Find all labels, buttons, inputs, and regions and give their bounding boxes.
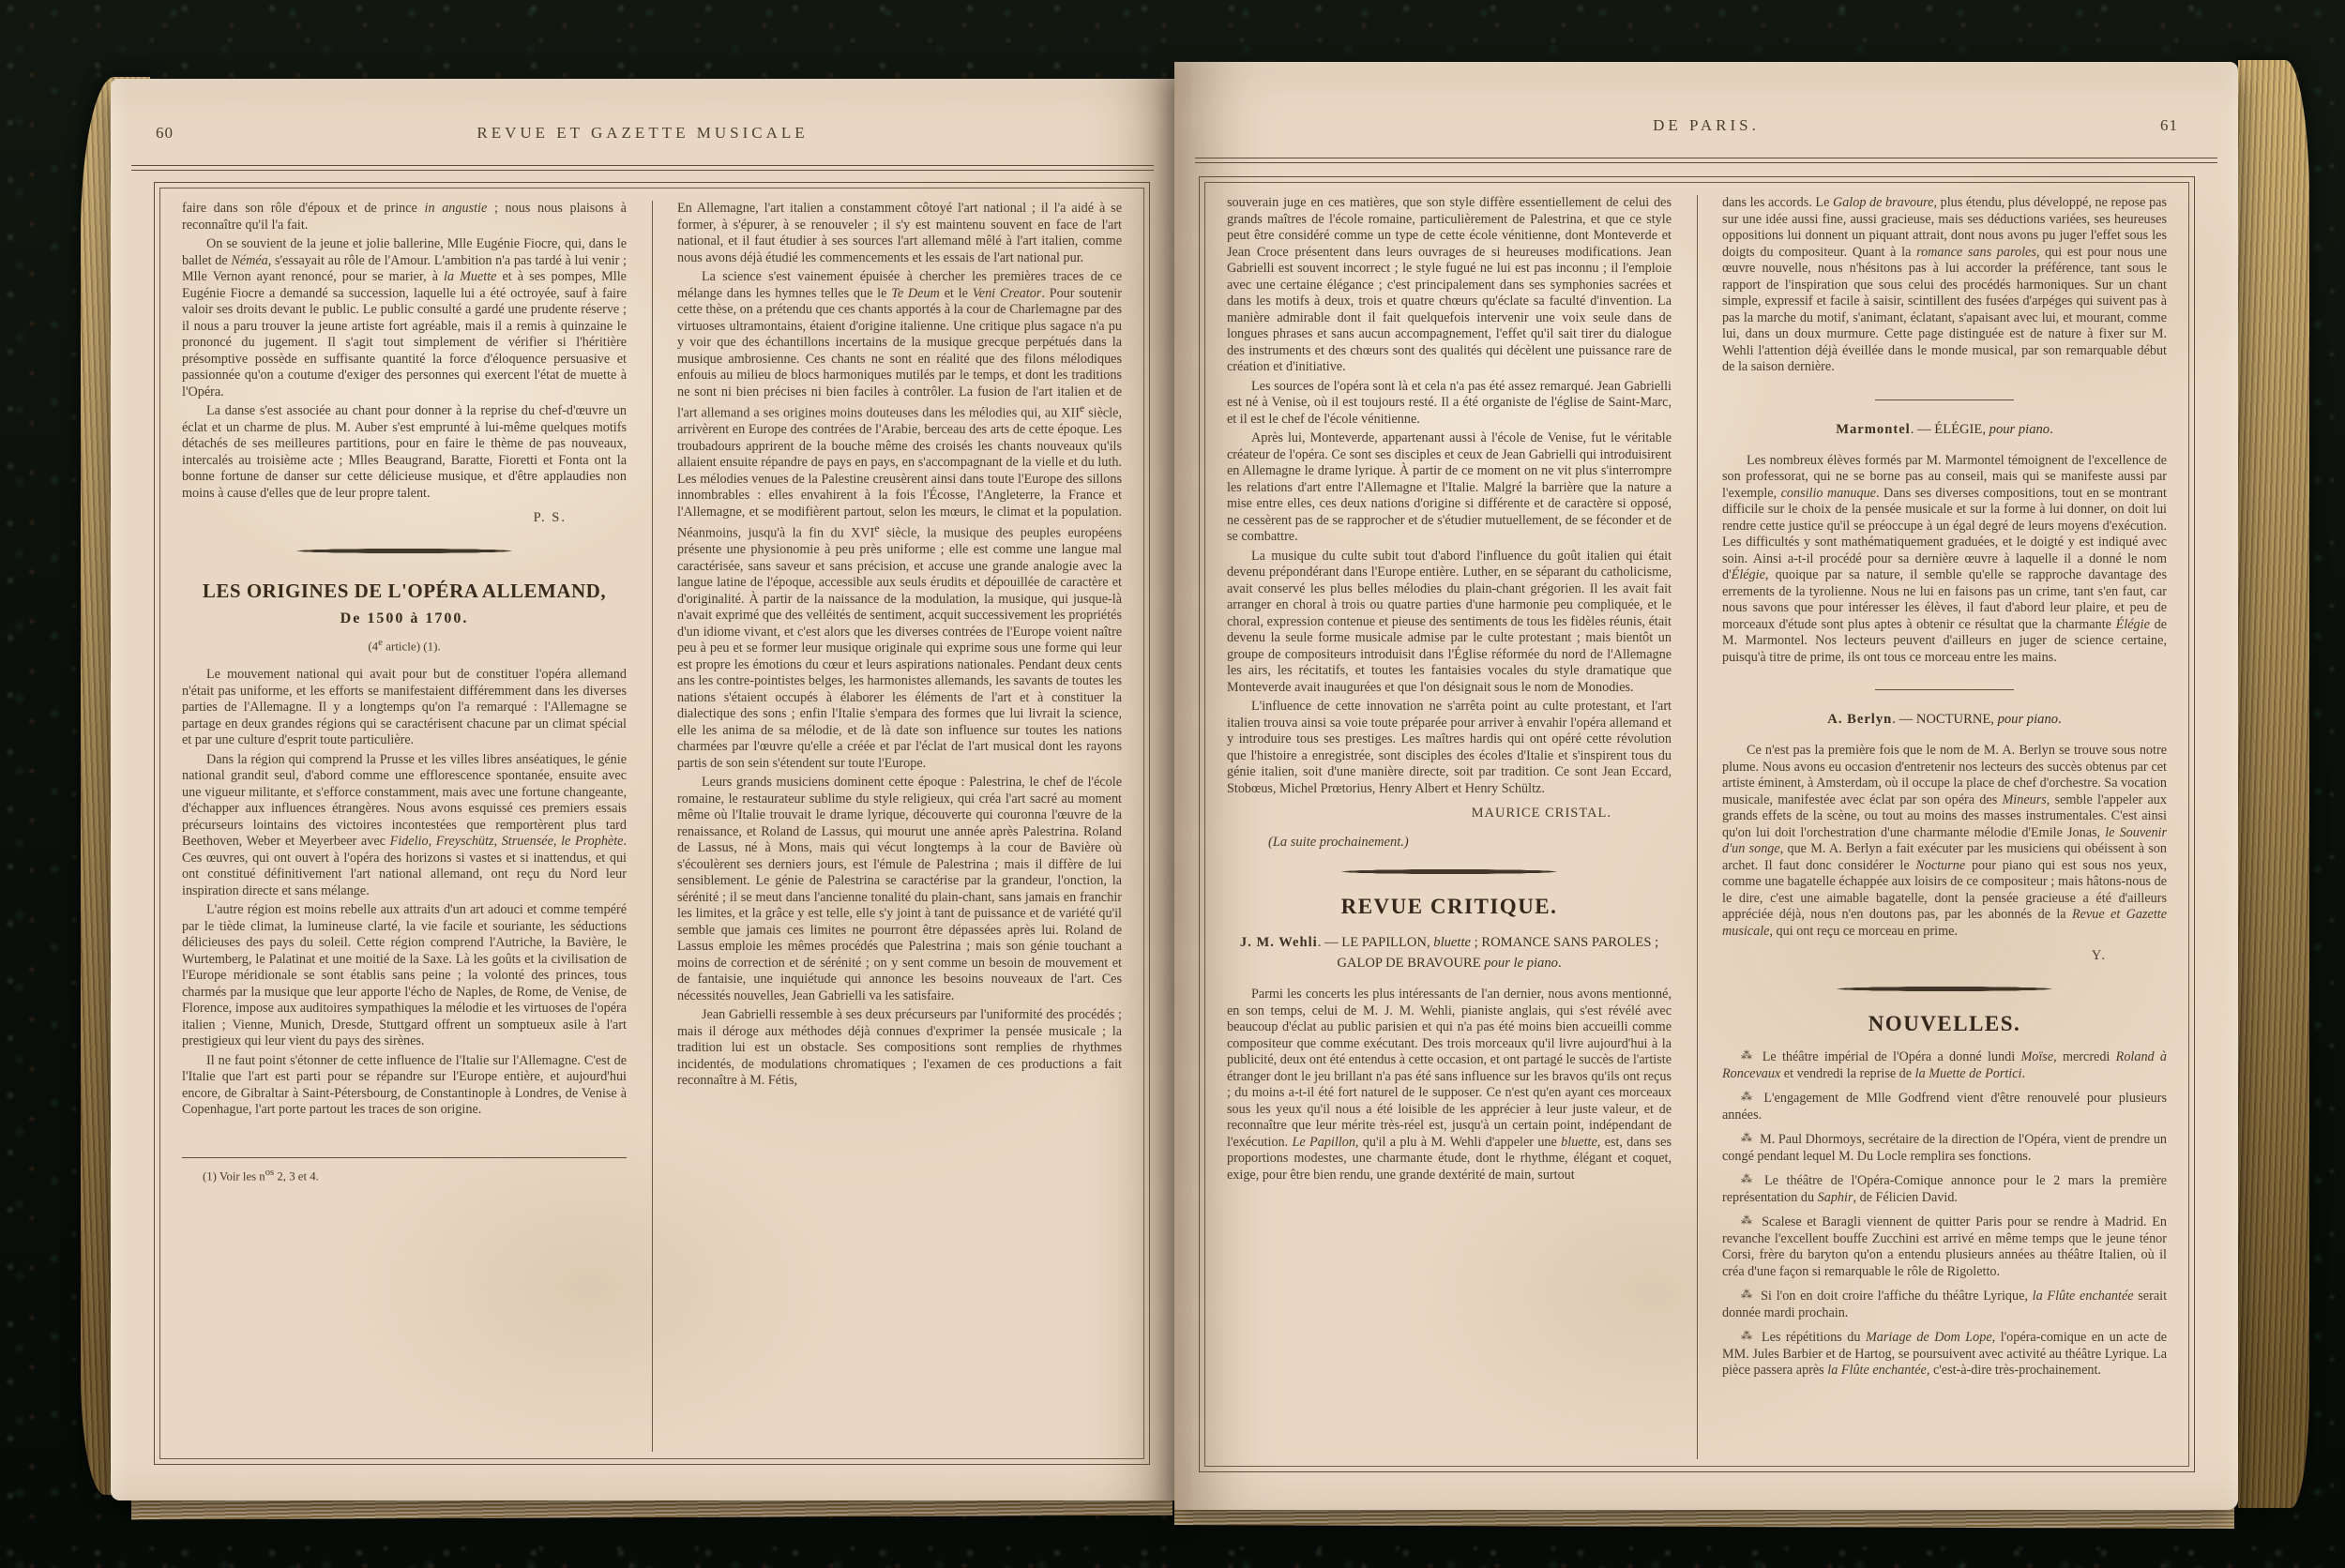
paragraph: L'influence de cette innovation ne s'arr… (1227, 699, 1672, 797)
header-rule (131, 165, 1154, 171)
news-item: ⁂L'engagement de Mlle Godfrend vient d'ê… (1722, 1091, 2167, 1123)
news-item: ⁂Les répétitions du Mariage de Dom Lope,… (1722, 1330, 2167, 1380)
article-title: LES ORIGINES DE L'OPÉRA ALLEMAND, (182, 580, 627, 603)
signature: Y. (1722, 948, 2107, 964)
right-page-column-1: souverain juge en ces matières, que son … (1227, 195, 1672, 1459)
section-title-nouvelles: NOUVELLES. (1722, 1012, 2167, 1036)
gilt-page-edges-right (2238, 60, 2309, 1508)
paragraph: Le mouvement national qui avait pour but… (182, 667, 627, 749)
paragraph: La musique du culte subit tout d'abord l… (1227, 549, 1672, 697)
news-text: Le théâtre impérial de l'Opéra a donné l… (1722, 1049, 2167, 1081)
signature: MAURICE CRISTAL. (1227, 806, 1611, 822)
news-text: Si l'on en doit croire l'affiche du théâ… (1722, 1289, 2167, 1320)
article-subtitle: De 1500 à 1700. (182, 611, 627, 627)
column-divider (652, 201, 653, 1452)
paragraph: Après lui, Monteverde, appartenant aussi… (1227, 430, 1672, 546)
paragraph: En Allemagne, l'art italien a constammen… (677, 201, 1122, 266)
paragraph: Ce n'est pas la première fois que le nom… (1722, 743, 2167, 940)
news-item: ⁂Le théâtre de l'Opéra-Comique annonce p… (1722, 1173, 2167, 1206)
asterism-icon: ⁂ (1741, 1090, 1757, 1103)
asterism-icon: ⁂ (1741, 1131, 1753, 1144)
running-title-left: REVUE ET GAZETTE MUSICALE (111, 124, 1174, 143)
footnote: (1) Voir les nos 2, 3 et 4. (182, 1157, 627, 1184)
news-text: L'engagement de Mlle Godfrend vient d'êt… (1722, 1091, 2167, 1123)
paragraph: On se souvient de la jeune et jolie ball… (182, 236, 627, 400)
asterism-icon: ⁂ (1741, 1214, 1755, 1227)
article-note: (4e article) (1). (182, 637, 627, 654)
section-divider (1875, 689, 2014, 690)
paragraph: La danse s'est associée au chant pour do… (182, 403, 627, 502)
left-page-column-2: En Allemagne, l'art italien a constammen… (677, 201, 1122, 1452)
review-heading-marmontel: Marmontel. — ÉLÉGIE, pour piano. (1732, 419, 2157, 440)
section-divider (1836, 987, 2053, 991)
review-heading-berlyn: A. Berlyn. — NOCTURNE, pour piano. (1732, 709, 2157, 730)
continuation-note: (La suite prochainement.) (1268, 835, 1672, 851)
signature: P. S. (182, 510, 567, 526)
right-page-column-2: dans les accords. Le Galop de bravoure, … (1722, 195, 2167, 1459)
right-page: 61 DE PARIS. souverain juge en ces matiè… (1174, 62, 2238, 1510)
section-divider (1340, 869, 1558, 874)
section-divider (295, 549, 513, 553)
paragraph: Les sources de l'opéra sont là et cela n… (1227, 379, 1672, 429)
news-item: ⁂Si l'on en doit croire l'affiche du thé… (1722, 1289, 2167, 1321)
news-text: Les répétitions du Mariage de Dom Lope, … (1722, 1330, 2167, 1378)
paragraph: Leurs grands musiciens dominent cette ép… (677, 775, 1122, 1004)
left-page: 60 REVUE ET GAZETTE MUSICALE faire dans … (111, 79, 1174, 1500)
header-rule (1195, 158, 2217, 163)
footnote-rule (182, 1157, 627, 1158)
review-heading: J. M. Wehli. — LE PAPILLON, bluette ; RO… (1236, 932, 1662, 973)
footnote-text: (1) Voir les nos 2, 3 et 4. (182, 1168, 627, 1184)
section-title-revue-critique: REVUE CRITIQUE. (1227, 895, 1672, 919)
paragraph: Parmi les concerts les plus intéressants… (1227, 987, 1672, 1184)
paragraph: L'autre région est moins rebelle aux att… (182, 902, 627, 1050)
book-spread-photo: 60 REVUE ET GAZETTE MUSICALE faire dans … (0, 0, 2345, 1568)
left-page-column-1: faire dans son rôle d'époux et de prince… (182, 201, 627, 1452)
news-text: Scalese et Baragli viennent de quitter P… (1722, 1214, 2167, 1279)
running-title-right: DE PARIS. (1174, 116, 2238, 135)
section-divider (1875, 400, 2014, 400)
paragraph: faire dans son rôle d'époux et de prince… (182, 201, 627, 234)
news-text: Le théâtre de l'Opéra-Comique annonce po… (1722, 1173, 2167, 1205)
paragraph: Les nombreux élèves formés par M. Marmon… (1722, 453, 2167, 667)
paragraph: Il ne faut point s'étonner de cette infl… (182, 1053, 627, 1119)
column-divider (1697, 195, 1698, 1459)
paragraph: La science s'est vainement épuisée à che… (677, 269, 1122, 772)
paragraph: Jean Gabrielli ressemble à ses deux préc… (677, 1007, 1122, 1090)
asterism-icon: ⁂ (1741, 1172, 1758, 1185)
asterism-icon: ⁂ (1741, 1288, 1754, 1301)
news-item: ⁂Scalese et Baragli viennent de quitter … (1722, 1214, 2167, 1280)
paragraph: Dans la région qui comprend la Prusse et… (182, 752, 627, 900)
news-item: ⁂Le théâtre impérial de l'Opéra a donné … (1722, 1049, 2167, 1082)
paragraph: souverain juge en ces matières, que son … (1227, 195, 1672, 376)
paragraph: dans les accords. Le Galop de bravoure, … (1722, 195, 2167, 376)
news-text: M. Paul Dhormoys, secrétaire de la direc… (1722, 1132, 2167, 1164)
news-item: ⁂M. Paul Dhormoys, secrétaire de la dire… (1722, 1132, 2167, 1165)
asterism-icon: ⁂ (1741, 1048, 1756, 1062)
asterism-icon: ⁂ (1741, 1329, 1755, 1342)
